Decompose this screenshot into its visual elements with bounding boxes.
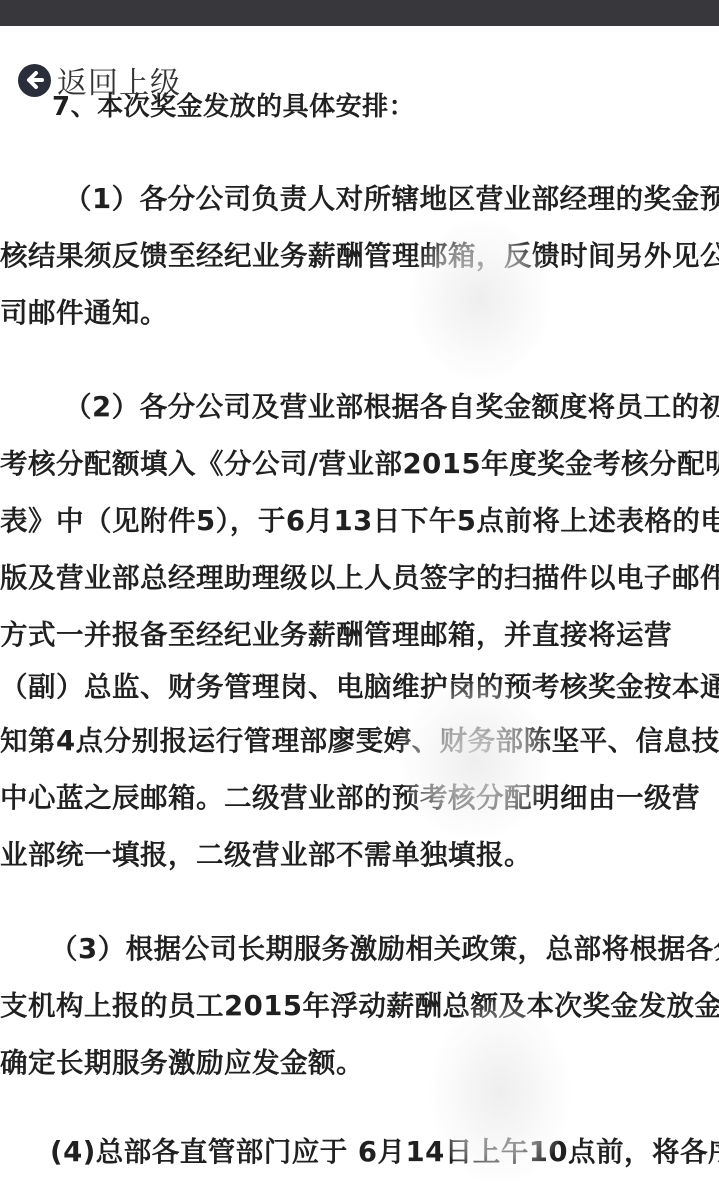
scan-smudge (410, 220, 550, 380)
paragraph-2-line-7: 知第4点分别报运行管理部廖雯婷、财务部陈坚平、信息技术 (0, 718, 719, 758)
paragraph-2-line-9: 业部统一填报，二级营业部不需单独填报。 (0, 832, 532, 872)
paragraph-2-line-4: 版及营业部总经理助理级以上人员签字的扫描件以电子邮件 (0, 555, 719, 595)
back-button[interactable]: 返回上级 (18, 58, 181, 102)
paragraph-2-line-6: （副）总监、财务管理岗、电脑维护岗的预考核奖金按本通 (0, 664, 719, 704)
paragraph-1-line-2: 核结果须反馈至经纪业务薪酬管理邮箱，反馈时间另外见公 (0, 233, 719, 273)
paragraph-2-line-3: 表》中（见附件5），于6月13日下午5点前将上述表格的电子 (0, 498, 719, 538)
paragraph-4-line-1: (4)总部各直管部门应于 6月14日上午10点前，将各序列 (50, 1129, 719, 1169)
paragraph-1-line-1: （1）各分公司负责人对所辖地区营业部经理的奖金预考 (64, 176, 719, 216)
paragraph-2-line-1: （2）各分公司及营业部根据各自奖金额度将员工的初次 (64, 384, 719, 424)
scan-smudge (400, 680, 550, 840)
arrow-left-circle-icon (18, 64, 51, 97)
scan-smudge (430, 1000, 570, 1184)
paragraph-3-line-1: （3）根据公司长期服务激励相关政策，总部将根据各分 (50, 926, 719, 966)
paragraph-2-line-2: 考核分配额填入《分公司/营业部2015年度奖金考核分配明细 (0, 441, 719, 481)
paragraph-3-line-2: 支机构上报的员工2015年浮动薪酬总额及本次奖金发放金额 (0, 983, 719, 1023)
paragraph-1-line-3: 司邮件通知。 (0, 290, 168, 330)
paragraph-3-line-3: 确定长期服务激励应发金额。 (0, 1040, 364, 1080)
status-bar (0, 0, 719, 26)
paragraph-2-line-5: 方式一并报备至经纪业务薪酬管理邮箱，并直接将运营 (0, 612, 672, 652)
paragraph-2-line-8: 中心蓝之辰邮箱。二级营业部的预考核分配明细由一级营 (0, 775, 700, 815)
back-label: 返回上级 (57, 58, 181, 102)
